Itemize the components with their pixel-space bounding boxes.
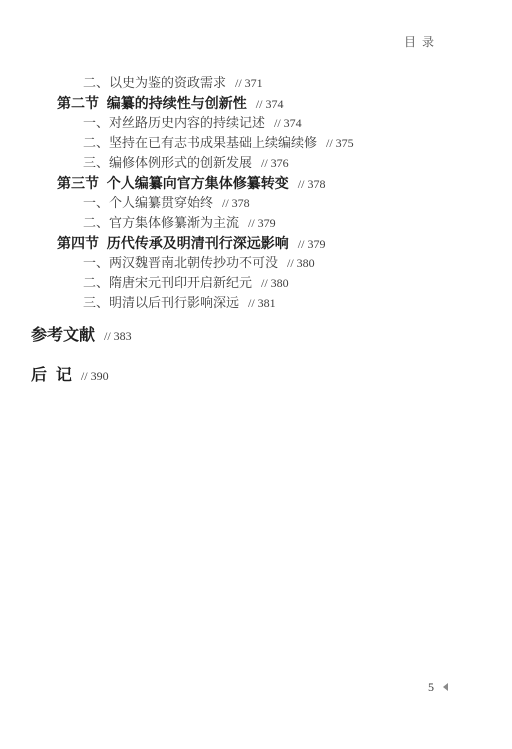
toc-entry-page: // 374 — [256, 97, 284, 111]
toc-entry-label: 二、隋唐宋元刊印开启新纪元 — [83, 275, 252, 290]
toc-entry: 一、个人编纂贯穿始终// 378 — [0, 193, 512, 213]
toc-entry-page: // 390 — [81, 369, 109, 383]
toc-entry-page: // 376 — [261, 156, 289, 170]
toc-entry-page: // 381 — [248, 296, 276, 310]
toc-entry-page: // 378 — [222, 196, 250, 210]
toc-entry-page: // 383 — [104, 329, 132, 343]
toc-entry: 一、两汉魏晋南北朝传抄功不可没// 380 — [0, 253, 512, 273]
toc-entry-page: // 379 — [298, 237, 326, 251]
toc-entry-postscript: 后 记// 390 — [0, 365, 512, 387]
toc-entry-page: // 374 — [274, 116, 302, 130]
toc-entry-label: 一、两汉魏晋南北朝传抄功不可没 — [83, 255, 278, 270]
page-number: 5 — [428, 681, 434, 693]
scanned-toc-page: 目 录 二、以史为鉴的资政需求// 371 第二节 编纂的持续性与创新性// 3… — [0, 0, 512, 749]
left-triangle-marker-icon — [443, 683, 448, 691]
toc-entry: 第二节 编纂的持续性与创新性// 374 — [0, 93, 512, 113]
toc-entry-label: 后 记 — [31, 367, 72, 384]
toc-entry-label: 二、以史为鉴的资政需求 — [83, 75, 226, 90]
toc-entry-page: // 375 — [326, 136, 354, 150]
toc-entry-label: 参考文献 — [31, 327, 95, 344]
toc-entry-label: 二、坚持在已有志书成果基础上续编续修 — [83, 135, 317, 150]
toc-entry: 二、以史为鉴的资政需求// 371 — [0, 73, 512, 93]
toc-entry: 一、对丝路历史内容的持续记述// 374 — [0, 113, 512, 133]
toc-entry: 三、编修体例形式的创新发展// 376 — [0, 153, 512, 173]
running-header-title: 目 录 — [404, 36, 434, 48]
toc-entry-label: 第三节 个人编纂向官方集体修纂转变 — [57, 175, 289, 191]
toc-entry-page: // 380 — [287, 256, 315, 270]
toc-list: 二、以史为鉴的资政需求// 371 第二节 编纂的持续性与创新性// 374 一… — [0, 73, 512, 387]
toc-entry: 二、隋唐宋元刊印开启新纪元// 380 — [0, 273, 512, 293]
toc-entry-label: 一、个人编纂贯穿始终 — [83, 195, 213, 210]
toc-entry-label: 第四节 历代传承及明清刊行深远影响 — [57, 235, 289, 251]
toc-entry-label: 三、编修体例形式的创新发展 — [83, 155, 252, 170]
toc-entry-page: // 378 — [298, 177, 326, 191]
toc-entry-label: 一、对丝路历史内容的持续记述 — [83, 115, 265, 130]
toc-entry: 第四节 历代传承及明清刊行深远影响// 379 — [0, 233, 512, 253]
toc-entry-label: 三、明清以后刊行影响深远 — [83, 295, 239, 310]
toc-entry: 三、明清以后刊行影响深远// 381 — [0, 293, 512, 313]
toc-entry-page: // 380 — [261, 276, 289, 290]
toc-entry-page: // 371 — [235, 76, 263, 90]
toc-entry-label: 第二节 编纂的持续性与创新性 — [57, 95, 247, 111]
page-footer: 5 — [428, 681, 448, 693]
toc-entry-references: 参考文献// 383 — [0, 325, 512, 347]
toc-entry: 第三节 个人编纂向官方集体修纂转变// 378 — [0, 173, 512, 193]
toc-entry: 二、坚持在已有志书成果基础上续编续修// 375 — [0, 133, 512, 153]
toc-entry-page: // 379 — [248, 216, 276, 230]
toc-entry: 二、官方集体修纂渐为主流// 379 — [0, 213, 512, 233]
toc-entry-label: 二、官方集体修纂渐为主流 — [83, 215, 239, 230]
